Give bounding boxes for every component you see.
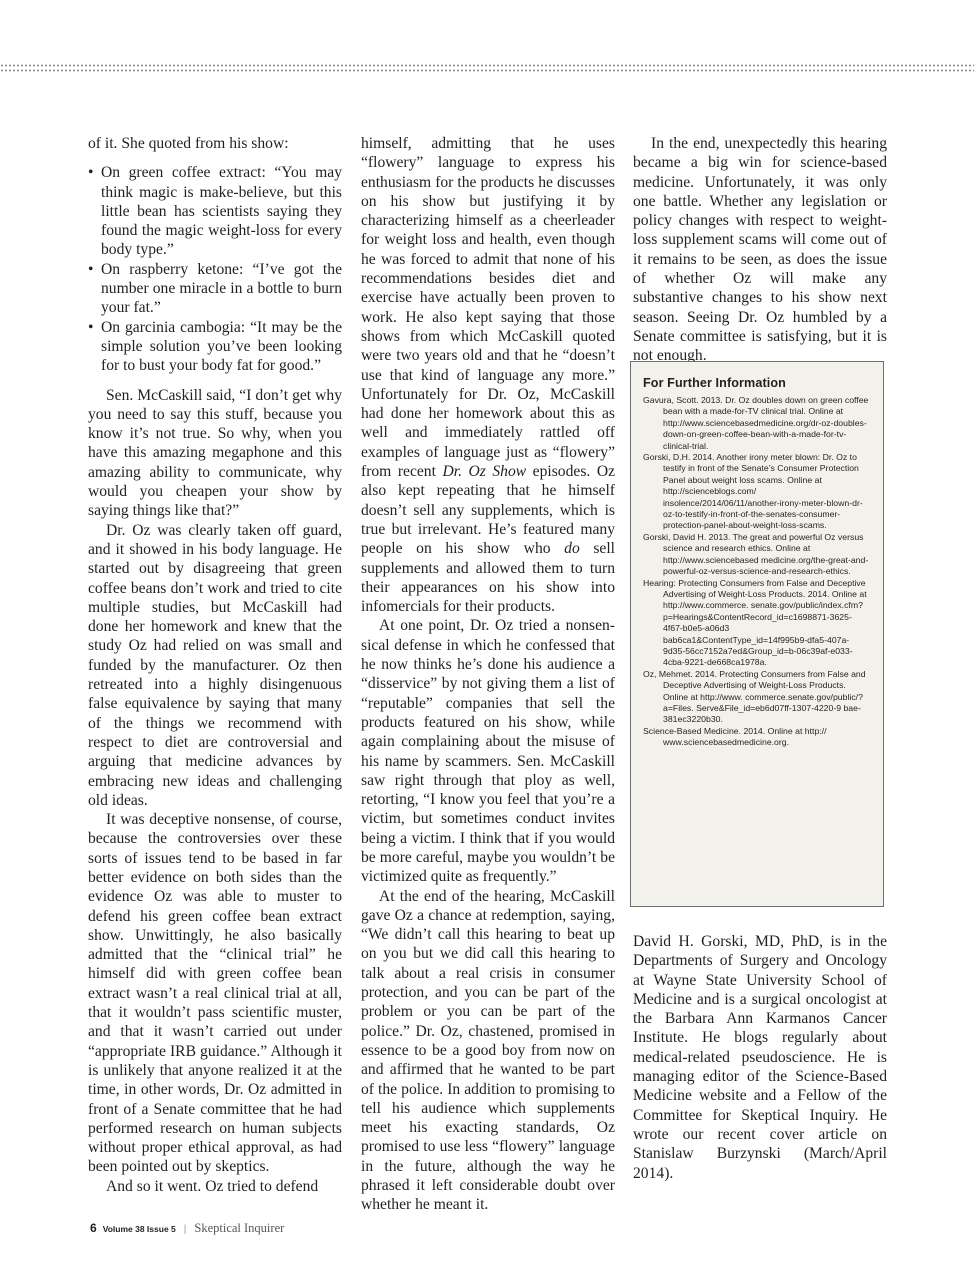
article-column-2: himself, admitting that he uses “flowery… <box>361 134 615 1215</box>
page-footer: 6 Volume 38 Issue 5 | Skeptical Inquirer <box>90 1221 284 1236</box>
paragraph: At the end of the hearing, McCaskill gav… <box>361 887 615 1215</box>
reference-item: Science-Based Medicine. 2014. Online at … <box>643 726 871 749</box>
reference-item: Gorski, David H. 2013. The great and pow… <box>643 532 871 578</box>
article-column-1: of it. She quoted from his show: On gree… <box>88 134 342 1196</box>
article-column-3: In the end, unexpectedly this hearing be… <box>633 134 887 366</box>
show-title-italic: Dr. Oz Show <box>442 463 526 480</box>
text-run: himself, admitting that he uses “flowery… <box>361 135 615 480</box>
paragraph-continued: himself, admitting that he uses “flowery… <box>361 134 615 616</box>
reference-item: Gavura, Scott. 2013. Dr. Oz doubles down… <box>643 395 871 452</box>
volume-issue: Volume 38 Issue 5 <box>103 1224 176 1234</box>
further-information-box: For Further Information Gavura, Scott. 2… <box>630 361 884 907</box>
paragraph: Dr. Oz was clearly taken off guard, and … <box>88 521 342 810</box>
quote-item-green-coffee: On green coffee extract: “You may think … <box>88 163 342 259</box>
magazine-name: Skeptical Inquirer <box>194 1221 284 1236</box>
paragraph: At one point, Dr. Oz tried a nonsen­sica… <box>361 616 615 886</box>
column1-lead: of it. She quoted from his show: <box>88 134 342 153</box>
paragraph: It was deceptive nonsense, of course, be… <box>88 810 342 1177</box>
paragraph: And so it went. Oz tried to defend <box>88 1177 342 1196</box>
quote-list: On green coffee extract: “You may think … <box>88 163 342 375</box>
quote-item-raspberry-ketone: On raspberry ketone: “I’ve got the numbe… <box>88 260 342 318</box>
sidebar-title: For Further Information <box>643 376 871 390</box>
paragraph: In the end, unexpectedly this hearing be… <box>633 134 887 366</box>
quote-item-garcinia-cambogia: On garcinia cambogia: “It may be the sim… <box>88 318 342 376</box>
page-number: 6 <box>90 1221 97 1235</box>
footer-separator: | <box>184 1224 187 1235</box>
reference-item: Gorski, D.H. 2014. Another irony meter b… <box>643 452 871 532</box>
top-dotted-rule-2 <box>0 69 974 72</box>
reference-item: Hearing: Protecting Consumers from False… <box>643 578 871 669</box>
reference-item: Oz, Mehmet. 2014. Protecting Consumers f… <box>643 669 871 726</box>
paragraph: Sen. McCaskill said, “I don’t get why yo… <box>88 386 342 521</box>
author-bio: David H. Gorski, MD, PhD, is in the Depa… <box>633 932 887 1183</box>
top-dotted-rule <box>0 64 974 67</box>
emphasis-italic: do <box>564 540 580 557</box>
